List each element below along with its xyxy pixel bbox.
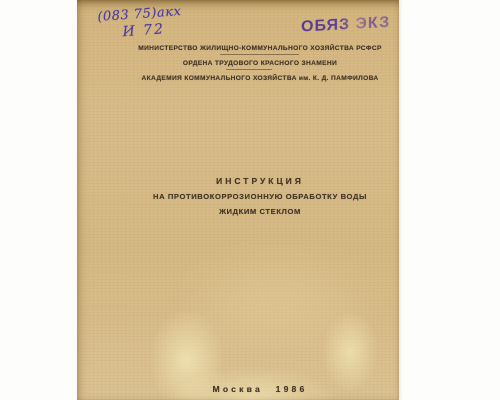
handwritten-code-line2: И 72: [122, 20, 183, 40]
imprint: Москва 1986: [99, 384, 421, 394]
imprint-city-year: Москва 1986: [99, 384, 421, 394]
title-line-3: ЖИДКИМ СТЕКЛОМ: [99, 204, 421, 219]
institution-header: МИНИСТЕРСТВО ЖИЛИЩНО-КОММУНАЛЬНОГО ХОЗЯЙ…: [99, 41, 421, 86]
print-artifact-line: [226, 69, 272, 70]
book-cover-page: (083 75)акх И 72 ОБЯЗ ЭКЗ МИНИСТЕРСТВО Ж…: [77, 0, 399, 400]
academy-line: АКАДЕМИЯ КОММУНАЛЬНОГО ХОЗЯЙСТВА им. К. …: [99, 71, 421, 86]
title-line-2: НА ПРОТИВОКОРРОЗИОННУЮ ОБРАБОТКУ ВОДЫ: [99, 189, 421, 204]
document-title: ИНСТРУКЦИЯ НА ПРОТИВОКОРРОЗИОННУЮ ОБРАБО…: [99, 174, 421, 219]
title-line-1: ИНСТРУКЦИЯ: [99, 174, 421, 189]
scan-background: (083 75)акх И 72 ОБЯЗ ЭКЗ МИНИСТЕРСТВО Ж…: [0, 0, 500, 400]
handwritten-library-code: (083 75)акх И 72: [97, 4, 183, 42]
library-stamp: ОБЯЗ ЭКЗ: [301, 13, 401, 36]
